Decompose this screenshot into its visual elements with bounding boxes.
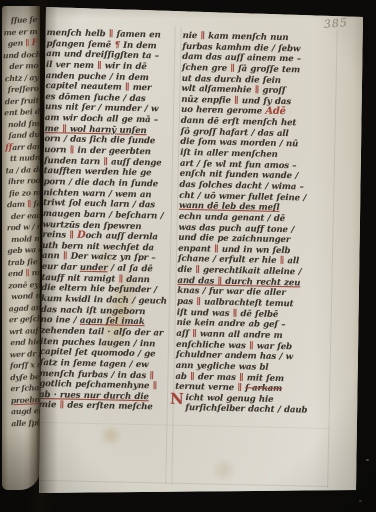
- rubric-mark: ∥: [190, 372, 195, 382]
- rubric-mark: ∥: [200, 31, 205, 41]
- rubric-mark: ∥: [237, 383, 242, 393]
- page-content: 385 menſch helb ∥ ſamen enpfangen ſemē ¶…: [28, 4, 366, 501]
- rubric-mark: ¶: [114, 40, 120, 50]
- ruling-line: [35, 422, 329, 429]
- rubric-mark: ∥: [69, 231, 74, 241]
- manuscript-line: furſichſelber dacht / daub: [175, 403, 331, 417]
- rubric-mark: ∥: [196, 297, 201, 307]
- rubric-mark: ∥: [97, 61, 102, 71]
- dust-speck: [366, 459, 369, 461]
- rubric-marked-word: under: [80, 263, 108, 274]
- rubric-mark: ∥: [103, 157, 108, 167]
- rubric-mark: ∥: [192, 329, 197, 339]
- rubric-mark: ∥: [214, 244, 219, 254]
- rubric-mark: ∥: [70, 146, 75, 156]
- manuscript-line: mie ∥ des erſten meſche: [39, 400, 169, 413]
- rubric-mark: ∥: [249, 341, 254, 351]
- rubric-mark: ∥: [255, 86, 260, 96]
- rubric-mark: ∥: [195, 265, 200, 275]
- rubric-mark: ∥: [109, 29, 114, 39]
- manuscript-photo: ſſue ſeme er mgen ∥ Fund dochder mochtz …: [0, 0, 376, 512]
- text-column-right: nie ∥ kam menſch nunfurbas kamhm die / ſ…: [175, 31, 339, 417]
- text-column-left: menſch helb ∥ ſamen enpfangen ſemē ¶ In …: [39, 28, 177, 414]
- rubric-mark: ∥: [230, 64, 235, 74]
- rubric-initial: N: [170, 392, 184, 405]
- rubric-mark: ∥: [149, 371, 154, 381]
- page-number: 385: [323, 16, 348, 31]
- rubric-mark: ∥: [118, 274, 123, 284]
- rubric-mark: ∥: [59, 401, 64, 411]
- rubric-mark: ∥: [63, 252, 68, 262]
- rubric-mark: ∥: [233, 309, 238, 319]
- ruling-line: [34, 480, 328, 487]
- facing-page-shadow: [2, 6, 40, 490]
- manuscript-page: 385 menſch helb ∥ ſamen enpfangen ſemē ¶…: [38, 4, 366, 494]
- rubric-word: Adē: [265, 106, 286, 117]
- rubric-mark: ∥: [239, 373, 244, 383]
- rubric-mark: ∥: [125, 83, 130, 93]
- rubric-mark: ∥: [234, 96, 239, 106]
- rubric-mark: ∥: [153, 381, 158, 391]
- rubric-mark: ∥: [280, 256, 285, 266]
- rubric-marked-word: agan ſel imak: [80, 316, 145, 327]
- facing-page-edge: ſſue ſeme er mgen ∥ Fund dochder mochtz …: [2, 6, 40, 490]
- rubric-mark: ∥: [217, 276, 222, 286]
- rubric-mark: ∥: [62, 124, 67, 134]
- dust-speck: [359, 500, 362, 502]
- rubric-word: D: [77, 230, 86, 241]
- rubric-marked-word: ſ arkam: [245, 383, 282, 394]
